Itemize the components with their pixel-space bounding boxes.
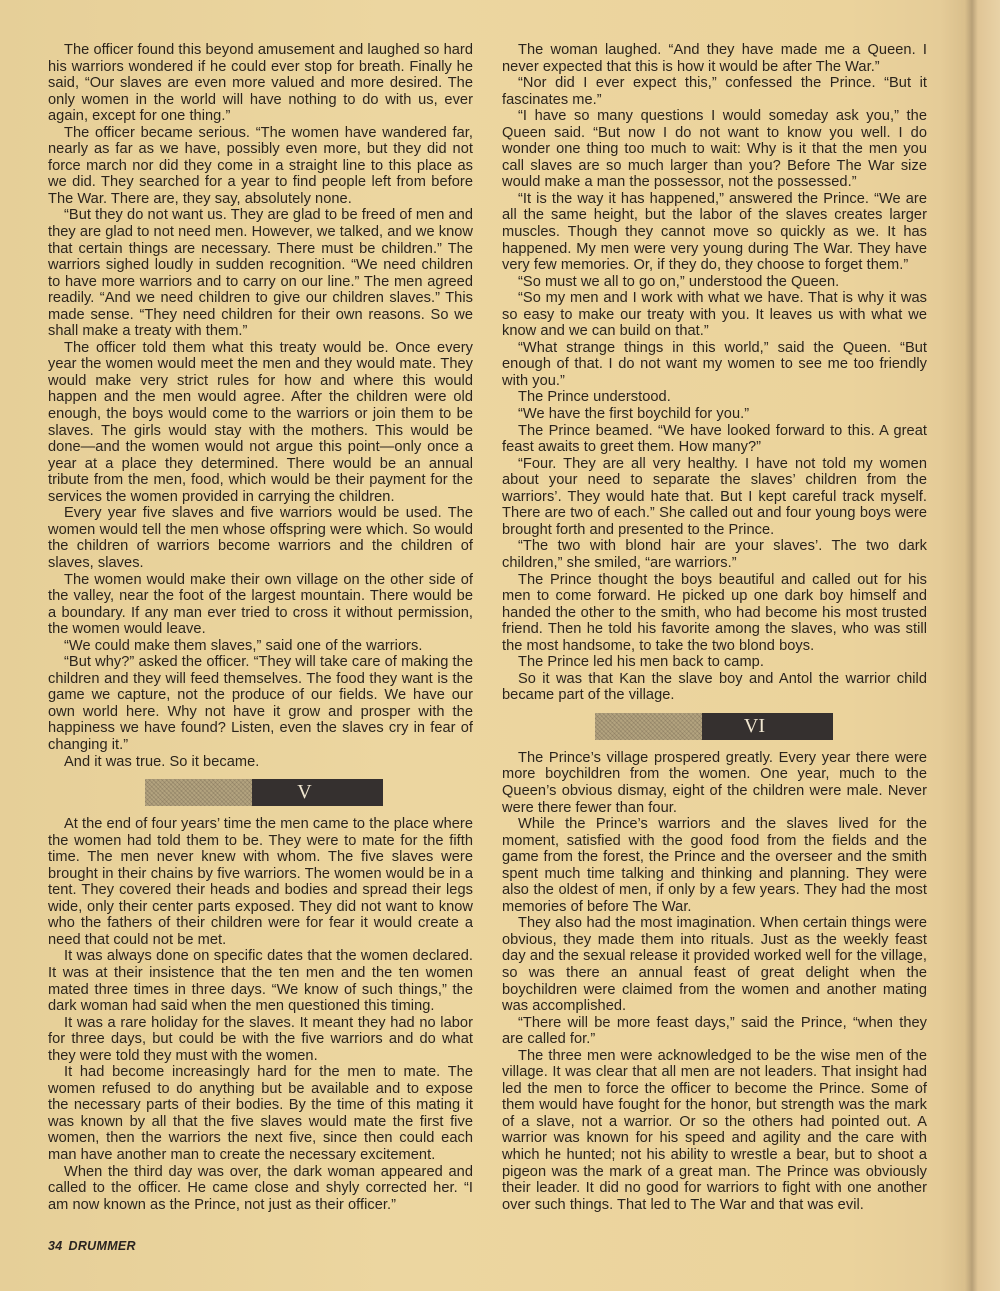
paragraph: And it was true. So it became. [48,754,473,771]
paragraph: It was a rare holiday for the slaves. It… [48,1015,473,1065]
paragraph: “The two with blond hair are your slaves… [502,538,927,571]
paragraph: It had become increasingly hard for the … [48,1064,473,1163]
paragraph: “It is the way it has happened,” answere… [502,191,927,274]
page-footer: 34DRUMMER [48,1239,136,1253]
paragraph: “What strange things in this world,” sai… [502,340,927,390]
paragraph: “We have the first boychild for you.” [502,406,927,423]
section-heading-bar-vi: VI [595,713,833,740]
section-heading-v: V [252,779,383,806]
magazine-page: The officer found this beyond amusement … [0,0,1000,1291]
section-bar-dither [595,713,702,740]
paragraph: “Four. They are all very healthy. I have… [502,456,927,539]
paragraph: So it was that Kan the slave boy and Ant… [502,671,927,704]
section-bar-dither [145,779,252,806]
left-column: The officer found this beyond amusement … [48,42,473,1213]
right-post-section-text: The Prince’s village prospered greatly. … [502,750,927,1213]
paragraph: “But they do not want us. They are glad … [48,207,473,339]
publication-name: DRUMMER [69,1239,136,1253]
left-pre-section-text: The officer found this beyond amusement … [48,42,473,770]
paragraph: “I have so many questions I would someda… [502,108,927,191]
paragraph: “We could make them slaves,” said one of… [48,638,473,655]
paragraph: The Prince led his men back to camp. [502,654,927,671]
paragraph: The women would make their own village o… [48,572,473,638]
paragraph: Every year five slaves and five warriors… [48,505,473,571]
paragraph: While the Prince’s warriors and the slav… [502,816,927,915]
paragraph: The Prince beamed. “We have looked forwa… [502,423,927,456]
paragraph: The officer told them what this treaty w… [48,340,473,505]
paragraph: When the third day was over, the dark wo… [48,1164,473,1214]
paragraph: The three men were acknowledged to be th… [502,1048,927,1213]
paragraph: “So my men and I work with what we have.… [502,290,927,340]
paragraph: “So must we all to go on,” understood th… [502,274,927,291]
paragraph: The Prince understood. [502,389,927,406]
paragraph: The Prince’s village prospered greatly. … [502,750,927,816]
right-column: The woman laughed. “And they have made m… [502,42,927,1213]
paragraph: At the end of four years’ time the men c… [48,816,473,948]
paragraph: They also had the most imagination. When… [502,915,927,1014]
paragraph: “There will be more feast days,” said th… [502,1015,927,1048]
section-heading-vi: VI [702,713,833,740]
left-post-section-text: At the end of four years’ time the men c… [48,816,473,1213]
paragraph: It was always done on specific dates tha… [48,948,473,1014]
paragraph: “Nor did I ever expect this,” confessed … [502,75,927,108]
page-number: 34 [48,1239,63,1253]
section-heading-bar-v: V [145,779,383,806]
paragraph: The woman laughed. “And they have made m… [502,42,927,75]
paragraph: “But why?” asked the officer. “They will… [48,654,473,753]
paragraph: The officer found this beyond amusement … [48,42,473,125]
right-pre-section-text: The woman laughed. “And they have made m… [502,42,927,704]
paragraph: The officer became serious. “The women h… [48,125,473,208]
paragraph: The Prince thought the boys beautiful an… [502,572,927,655]
